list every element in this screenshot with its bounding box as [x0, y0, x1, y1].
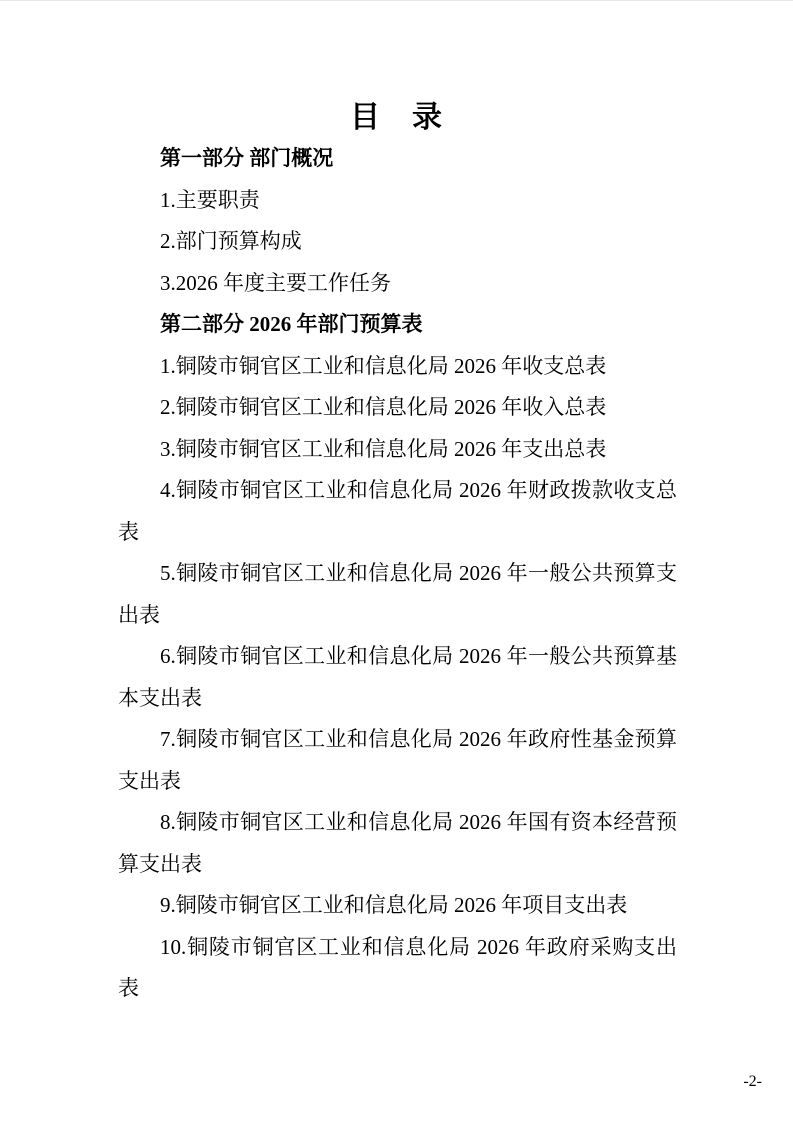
toc-item-part1-1: 1.主要职责: [118, 180, 677, 222]
section-heading-part-1: 第一部分 部门概况: [118, 138, 677, 180]
toc-item-part2-4: 4.铜陵市铜官区工业和信息化局 2026 年财政拨款收支总表: [118, 470, 677, 553]
toc-item-part2-2: 2.铜陵市铜官区工业和信息化局 2026 年收入总表: [118, 387, 677, 429]
toc-item-part2-8: 8.铜陵市铜官区工业和信息化局 2026 年国有资本经营预算支出表: [118, 802, 677, 885]
toc-item-part2-1: 1.铜陵市铜官区工业和信息化局 2026 年收支总表: [118, 346, 677, 388]
toc-item-part2-9: 9.铜陵市铜官区工业和信息化局 2026 年项目支出表: [118, 885, 677, 927]
toc-item-part1-3: 3.2026 年度主要工作任务: [118, 263, 677, 305]
toc-item-part2-10: 10.铜陵市铜官区工业和信息化局 2026 年政府采购支出表: [118, 927, 677, 1010]
document-page: 目 录 第一部分 部门概况 1.主要职责 2.部门预算构成 3.2026 年度主…: [0, 0, 793, 1122]
toc-item-part2-6: 6.铜陵市铜官区工业和信息化局 2026 年一般公共预算基本支出表: [118, 636, 677, 719]
toc-item-part2-7: 7.铜陵市铜官区工业和信息化局 2026 年政府性基金预算支出表: [118, 719, 677, 802]
section-heading-part-2: 第二部分 2026 年部门预算表: [118, 304, 677, 346]
toc-item-part2-5: 5.铜陵市铜官区工业和信息化局 2026 年一般公共预算支出表: [118, 553, 677, 636]
toc-item-part2-3: 3.铜陵市铜官区工业和信息化局 2026 年支出总表: [118, 429, 677, 471]
toc-item-part1-2: 2.部门预算构成: [118, 221, 677, 263]
page-number: -2-: [743, 1072, 762, 1092]
page-title: 目 录: [0, 1, 793, 137]
toc-content: 第一部分 部门概况 1.主要职责 2.部门预算构成 3.2026 年度主要工作任…: [118, 138, 677, 1010]
